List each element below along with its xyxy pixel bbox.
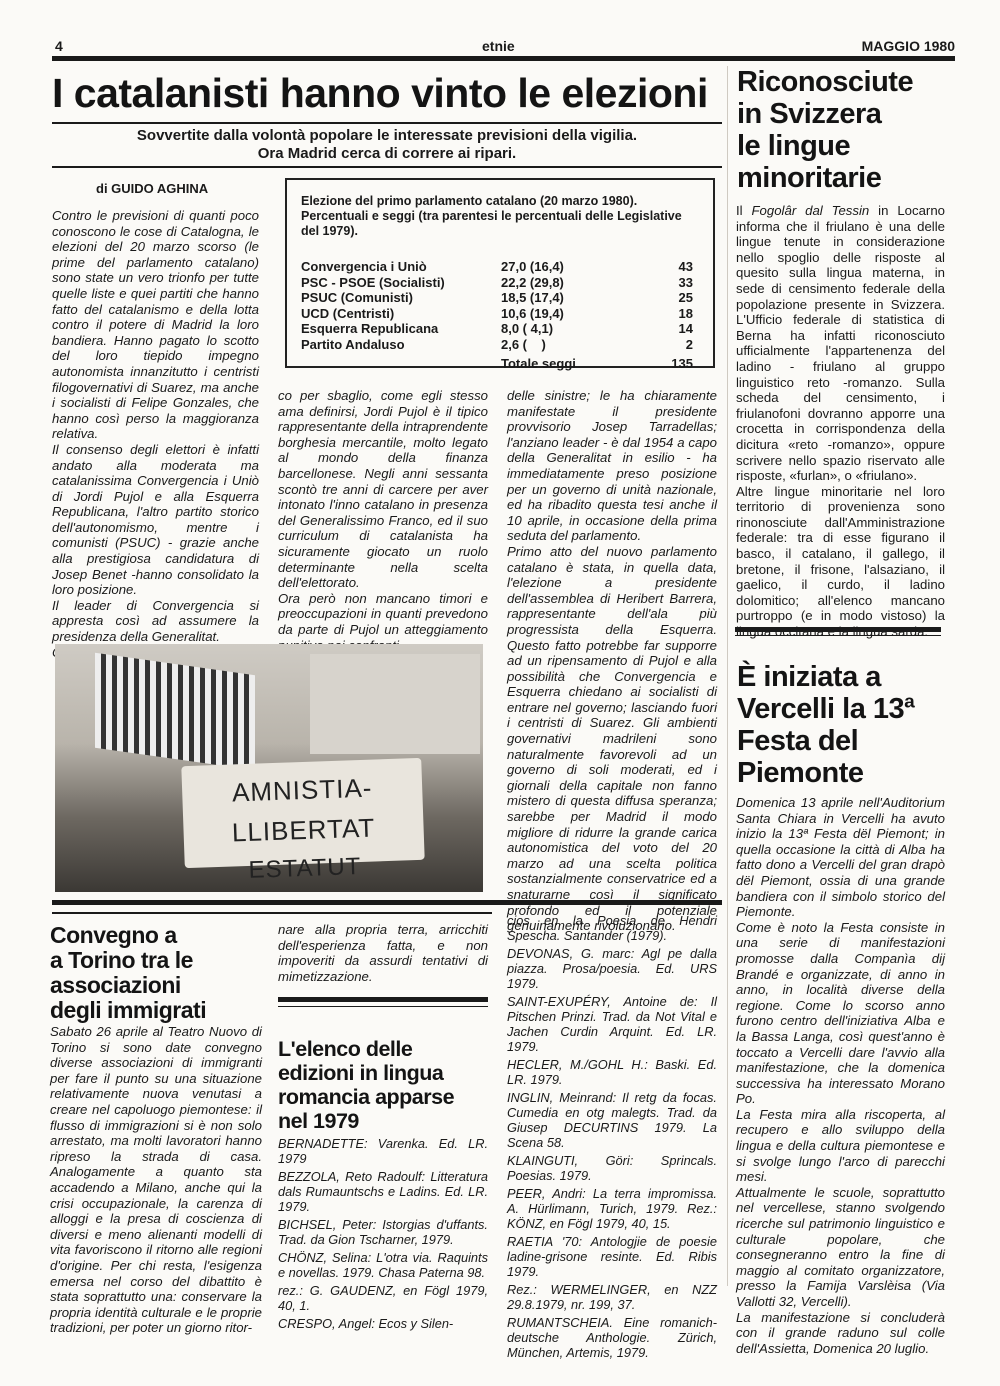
- party-pct: 18,5 (17,4): [501, 290, 621, 306]
- right-column-rule: [735, 56, 955, 61]
- headline-line: in Svizzera: [737, 98, 957, 130]
- headline-line: Piemonte: [737, 757, 957, 789]
- paragraph: Primo atto del nuovo parlamento catalano…: [507, 544, 717, 934]
- headline-line: L'elenco delle: [278, 1037, 503, 1061]
- section-rule-thin: [735, 635, 941, 636]
- headline-line: È iniziata a: [737, 661, 957, 693]
- headline-line: Convegno a: [50, 923, 275, 948]
- striped-awning: [95, 653, 255, 770]
- results-row: PSUC (Comunisti)18,5 (17,4)25: [301, 290, 693, 306]
- headline-line: Festa del: [737, 725, 957, 757]
- bibliography-entry: RUMANTSCHEIA. Eine romanich-deutsche Ant…: [507, 1315, 717, 1360]
- paragraph: Il Fogolâr dal Tessin in Locarno informa…: [736, 203, 945, 484]
- section-rule-thin: [278, 1006, 488, 1007]
- swiss-article-body: Il Fogolâr dal Tessin in Locarno informa…: [736, 203, 945, 640]
- torino-article-col2: nare alla propria terra, arricchiti dell…: [278, 922, 488, 984]
- party-pct: 10,6 (19,4): [501, 306, 621, 322]
- party-pct: 2,6 ( ): [501, 337, 621, 353]
- headline-line: a Torino tra le: [50, 948, 275, 973]
- bibliography-entry: CRESPO, Angel: Ecos y Silen-: [278, 1316, 488, 1331]
- bibliography-entry: CHÖNZ, Selina: L'otra via. Raquints e no…: [278, 1250, 488, 1280]
- bibliography-entry: cios en la Poesia de Hendri Spescha. San…: [507, 913, 717, 943]
- total-label: Totale seggi: [501, 356, 621, 372]
- headline-line: Vercelli la 13ª: [737, 693, 957, 725]
- romancia-headline: L'elenco delle edizioni in lingua romanc…: [278, 1037, 503, 1133]
- party-name: PSUC (Comunisti): [301, 290, 501, 306]
- protest-banner: AMNISTIA-LLIBERTAT ESTATUT D'AUTONOMIA: [181, 758, 424, 868]
- torino-headline: Convegno a a Torino tra le associazioni …: [50, 923, 275, 1023]
- party-name: UCD (Centristi): [301, 306, 501, 322]
- headline-line: le lingue: [737, 130, 957, 162]
- party-name: Partito Andaluso: [301, 337, 501, 353]
- headline-rule: [52, 122, 722, 124]
- bibliography-entry: Rez.: WERMELINGER, en NZZ 29.8.1979, nr.…: [507, 1282, 717, 1312]
- party-name: Convergencia i Uniò: [301, 259, 501, 275]
- subtitle-line-2: Ora Madrid cerca di correre ai ripari.: [52, 145, 722, 163]
- party-pct: 27,0 (16,4): [501, 259, 621, 275]
- results-row: Partito Andaluso2,6 ( )2: [301, 337, 693, 353]
- total-value: 135: [621, 356, 693, 372]
- main-article-col1: Contro le previsioni di quanti poco cono…: [52, 208, 259, 660]
- party-name: Esquerra Republicana: [301, 321, 501, 337]
- subtitle-rule: [52, 166, 722, 168]
- party-seats: 14: [621, 321, 693, 337]
- publication-name: etnie: [482, 38, 515, 54]
- bibliography-entry: BERNADETTE: Varenka. Ed. LR. 1979: [278, 1136, 488, 1166]
- results-row: PSC - PSOE (Socialisti)22,2 (29,8)33: [301, 275, 693, 291]
- bibliography-entry: DEVONAS, G. marc: Agl pe dalla piazza. P…: [507, 946, 717, 991]
- subtitle-line-1: Sovvertite dalla volontà popolare le int…: [52, 127, 722, 145]
- bibliography-entry: INGLIN, Meinrand: Il retg da focas. Cume…: [507, 1090, 717, 1150]
- paragraph: Il leader di Convergencia si appresta co…: [52, 598, 259, 645]
- torino-article-col1: Sabato 26 aprile al Teatro Nuovo di Tori…: [50, 1024, 262, 1336]
- banner-text-1: AMNISTIA-LLIBERTAT: [182, 766, 425, 854]
- headline-line: Riconosciute: [737, 66, 957, 98]
- results-row: Esquerra Republicana8,0 ( 4,1)14: [301, 321, 693, 337]
- headline-line: edizioni in lingua: [278, 1061, 503, 1085]
- headline-line: romancia apparse: [278, 1085, 503, 1109]
- party-seats: 25: [621, 290, 693, 306]
- party-seats: 18: [621, 306, 693, 322]
- bibliography-entry: PEER, Andri: La terra impromissa. A. Hür…: [507, 1186, 717, 1231]
- byline: di GUIDO AGHINA: [96, 181, 208, 196]
- bibliography-entry: SAINT-EXUPÉRY, Antoine de: Il Pitschen P…: [507, 994, 717, 1054]
- paragraph: co per sbaglio, come egli stesso ama def…: [278, 388, 488, 591]
- party-name: PSC - PSOE (Socialisti): [301, 275, 501, 291]
- bibliography-entry: BICHSEL, Peter: Istorgias d'uffants. Tra…: [278, 1217, 488, 1247]
- romancia-list-col1: BERNADETTE: Varenka. Ed. LR. 1979 BEZZOL…: [278, 1136, 488, 1334]
- main-subtitle: Sovvertite dalla volontà popolare le int…: [52, 127, 722, 163]
- page-number: 4: [55, 38, 63, 54]
- romancia-list-col2: cios en la Poesia de Hendri Spescha. San…: [507, 913, 717, 1363]
- results-table: Convergencia i Uniò27,0 (16,4)43 PSC - P…: [301, 259, 693, 372]
- section-rule: [735, 627, 941, 632]
- piemonte-headline: È iniziata a Vercelli la 13ª Festa del P…: [737, 661, 957, 789]
- issue-date: MAGGIO 1980: [862, 38, 955, 54]
- section-rule-thin: [52, 912, 492, 914]
- headline-line: associazioni: [50, 973, 275, 998]
- main-headline: I catalanisti hanno vinto le elezioni: [52, 68, 722, 118]
- headline-line: minoritarie: [737, 162, 957, 194]
- paragraph: Attualmente le scuole, soprattutto nel v…: [736, 1185, 945, 1310]
- paragraph: La manifestazione si concluderà con il g…: [736, 1310, 945, 1357]
- main-article-col2: co per sbaglio, come egli stesso ama def…: [278, 388, 488, 653]
- election-results-box: Elezione del primo parlamento catalano (…: [285, 178, 715, 368]
- bibliography-entry: BEZZOLA, Reto Radoulf: Litteratura dals …: [278, 1169, 488, 1214]
- paragraph: Il consenso degli elettori è infatti and…: [52, 442, 259, 598]
- headline-line: nel 1979: [278, 1109, 503, 1133]
- bibliography-entry: RAETIA '70: Antologjie de poesie ladine-…: [507, 1234, 717, 1279]
- paragraph: Come è noto la Festa consiste in una ser…: [736, 920, 945, 1107]
- paragraph: Contro le previsioni di quanti poco cono…: [52, 208, 259, 442]
- party-pct: 8,0 ( 4,1): [501, 321, 621, 337]
- results-row: Convergencia i Uniò27,0 (16,4)43: [301, 259, 693, 275]
- piemonte-article-body: Domenica 13 aprile nell'Auditorium Santa…: [736, 795, 945, 1356]
- building: [310, 654, 480, 754]
- paragraph: Altre lingue minoritarie nel loro territ…: [736, 484, 945, 640]
- results-intro: Elezione del primo parlamento catalano (…: [301, 194, 701, 239]
- paragraph: La Festa mira alla riscoperta, al recupe…: [736, 1107, 945, 1185]
- paragraph: delle sinistre; le ha chiaramente manife…: [507, 388, 717, 544]
- column-separator: [727, 66, 728, 1286]
- main-article-col3: delle sinistre; le ha chiaramente manife…: [507, 388, 717, 934]
- section-rule: [52, 900, 722, 905]
- party-seats: 2: [621, 337, 693, 353]
- bibliography-entry: rez.: G. GAUDENZ, en Fögl 1979, 40, 1.: [278, 1283, 488, 1313]
- results-total-row: Totale seggi135: [301, 356, 693, 372]
- party-seats: 43: [621, 259, 693, 275]
- banner-text-2: ESTATUT D'AUTONOMIA: [184, 846, 427, 892]
- bibliography-entry: KLAINGUTI, Göri: Sprincals. Poesias. 197…: [507, 1153, 717, 1183]
- results-row: UCD (Centristi)10,6 (19,4)18: [301, 306, 693, 322]
- headline-line: degli immigrati: [50, 998, 275, 1023]
- paragraph: Domenica 13 aprile nell'Auditorium Santa…: [736, 795, 945, 920]
- section-rule: [278, 997, 488, 1002]
- swiss-headline: Riconosciute in Svizzera le lingue minor…: [737, 66, 957, 194]
- party-pct: 22,2 (29,8): [501, 275, 621, 291]
- demonstration-photo: AMNISTIA-LLIBERTAT ESTATUT D'AUTONOMIA: [55, 644, 483, 892]
- party-seats: 33: [621, 275, 693, 291]
- organisation-name: Fogolâr dal Tessin: [752, 203, 870, 218]
- bibliography-entry: HECLER, M./GOHL H.: Baski. Ed. LR. 1979.: [507, 1057, 717, 1087]
